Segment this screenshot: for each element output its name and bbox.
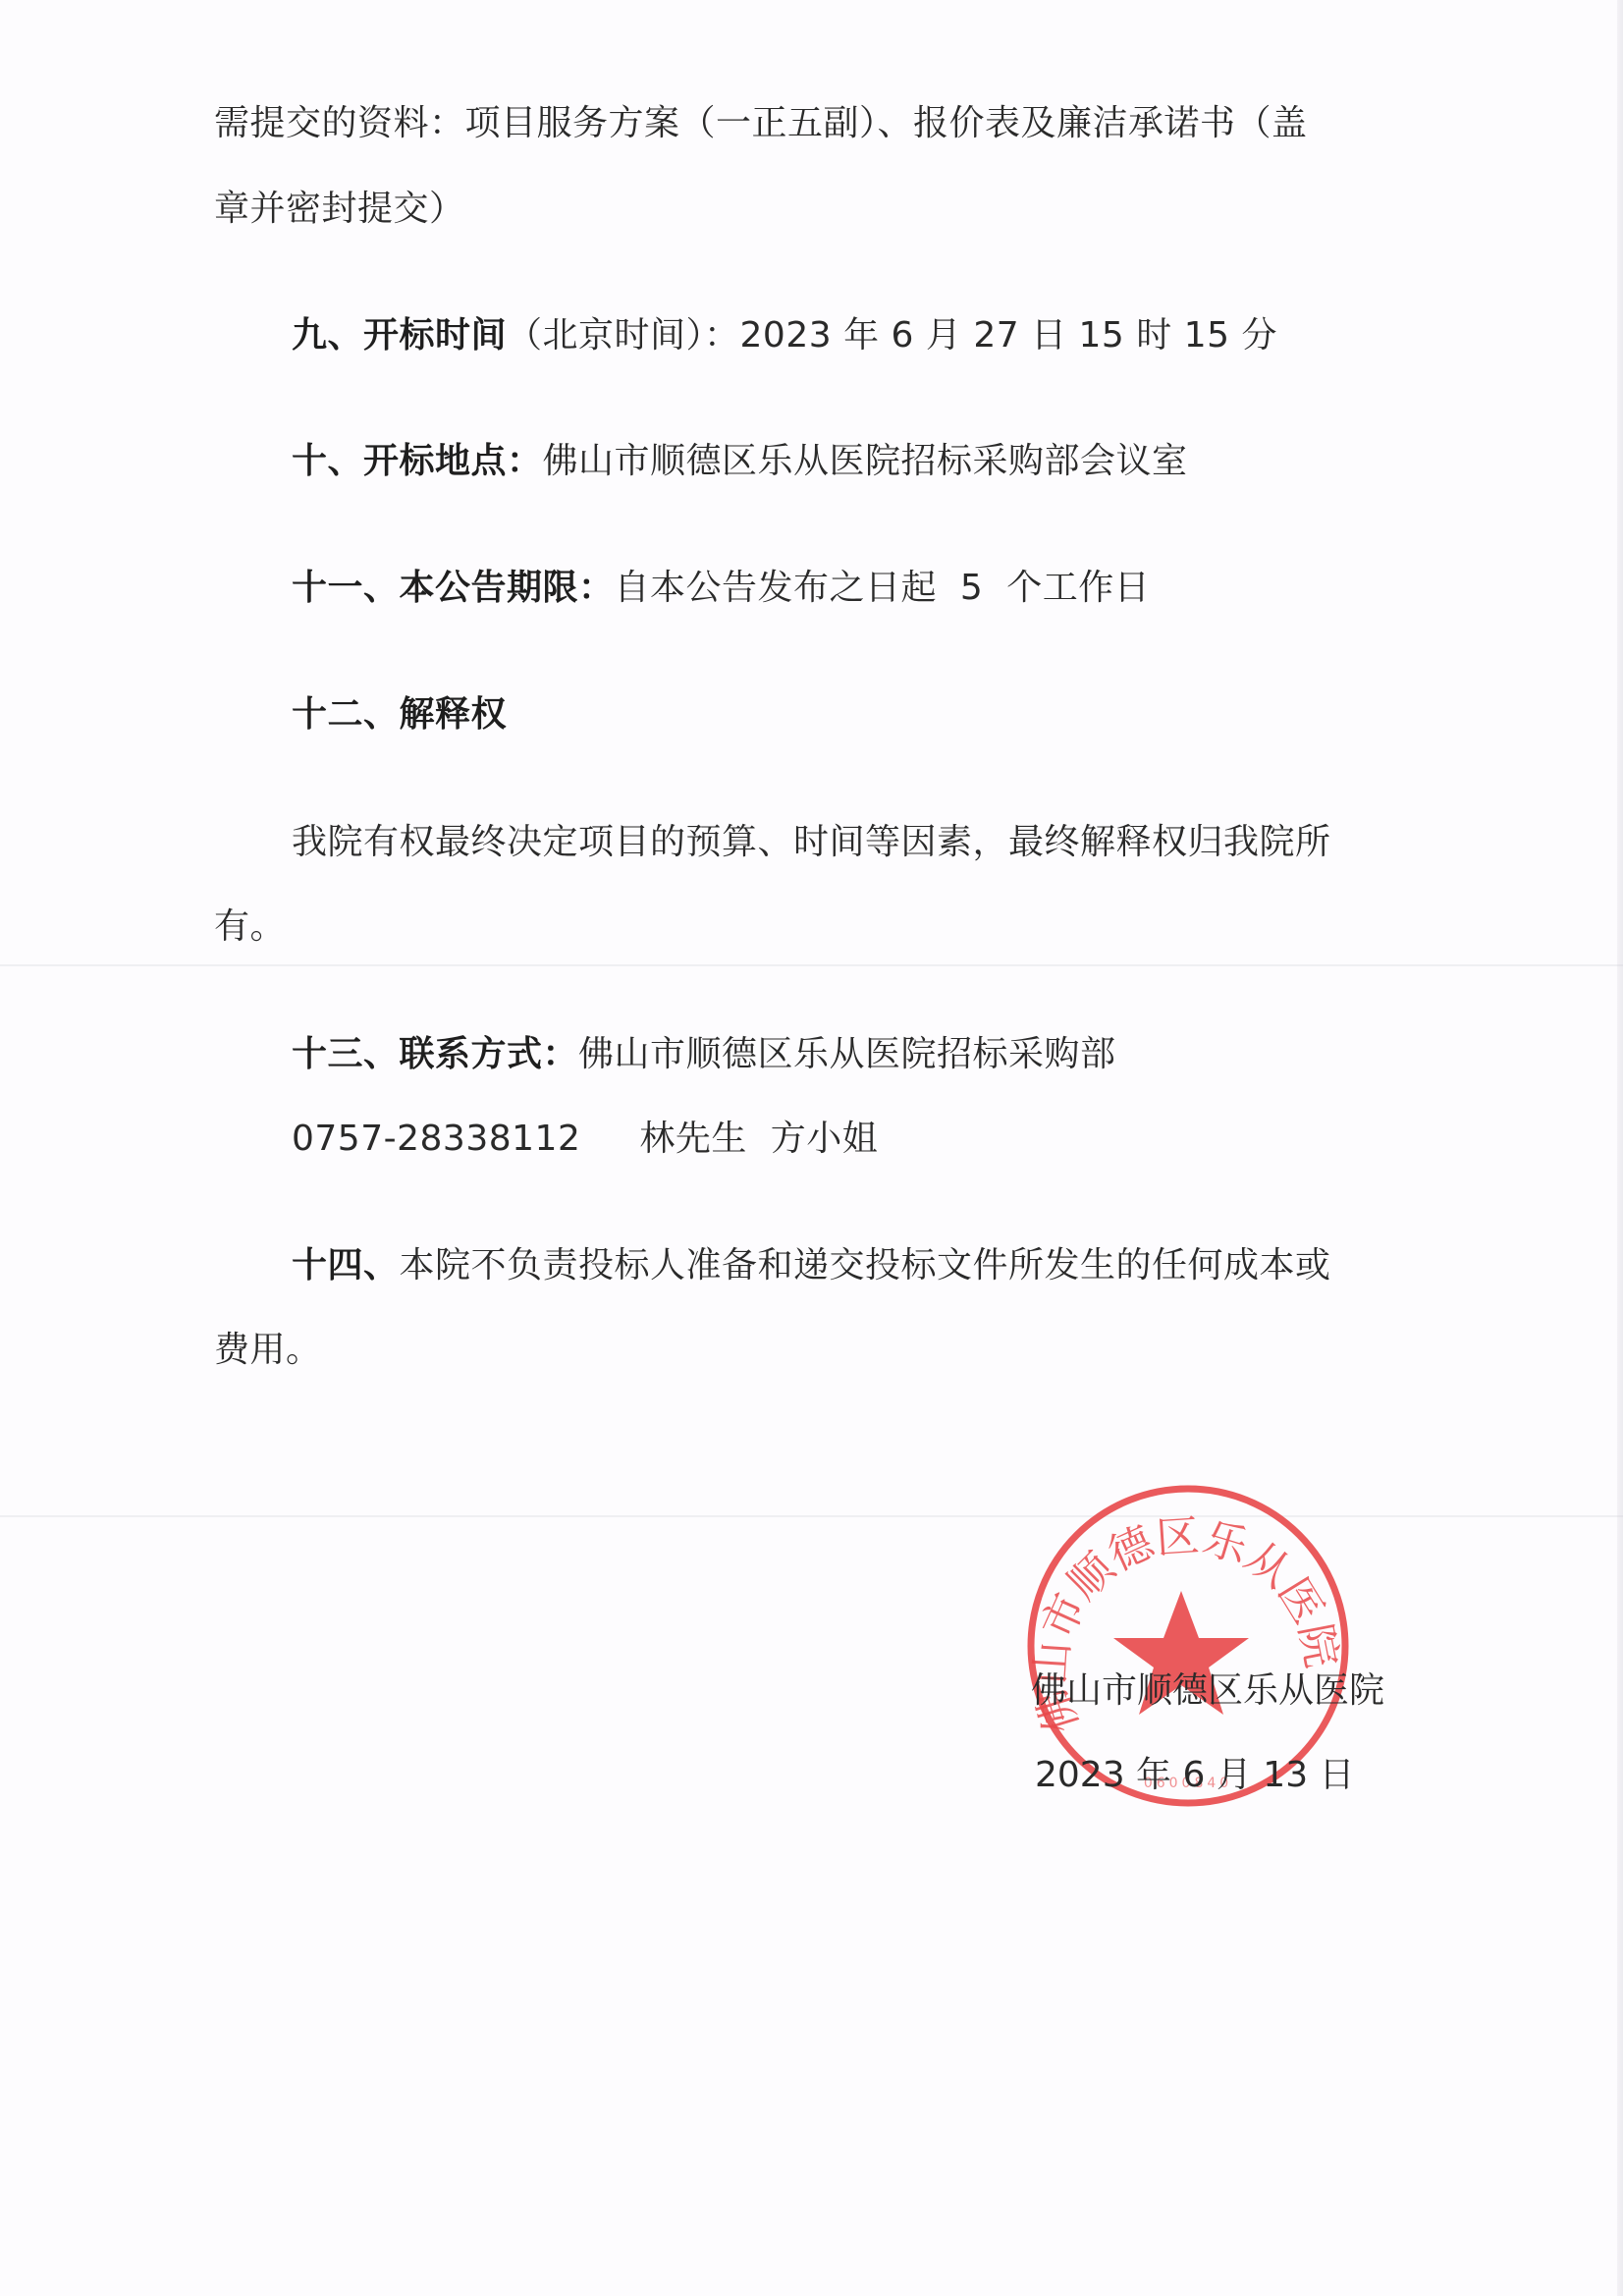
submission-line-2: 章并密封提交） [214,188,465,231]
signature-date: 2023 年 6 月 13 日 [1035,1754,1355,1797]
section-14-heading: 十四、 [292,1245,400,1285]
section-13-heading: 十三、联系方式： [292,1034,578,1074]
section-10-value: 佛山市顺德区乐从医院招标采购部会议室 [543,441,1188,481]
page-edge [1617,0,1623,2296]
section-9-value: 2023 年 6 月 27 日 15 时 15 分 [740,315,1277,355]
section-12-body-line-1: 我院有权最终决定项目的预算、时间等因素，最终解释权归我院所 [292,821,1331,864]
section-10: 十、开标地点：佛山市顺德区乐从医院招标采购部会议室 [292,440,1188,483]
section-13-contacts: 林先生 方小姐 [639,1119,878,1159]
scan-artifact-line [0,1515,1623,1517]
section-12-heading: 十二、解释权 [292,693,507,737]
section-11: 十一、本公告期限：自本公告发布之日起 5 个工作日 [292,567,1150,610]
section-11-value: 自本公告发布之日起 5 个工作日 [615,568,1151,608]
section-14: 十四、本院不负责投标人准备和递交投标文件所发生的任何成本或 [292,1244,1331,1287]
section-11-heading: 十一、本公告期限： [292,568,615,608]
submission-line-1: 需提交的资料：项目服务方案（一正五副）、报价表及廉洁承诺书（盖 [214,102,1308,145]
section-13-phone: 0757-28338112 [292,1119,580,1159]
section-14-body-line-1: 本院不负责投标人准备和递交投标文件所发生的任何成本或 [400,1245,1331,1285]
section-9: 九、开标时间（北京时间）：2023 年 6 月 27 日 15 时 15 分 [292,314,1277,357]
section-13: 十三、联系方式：佛山市顺德区乐从医院招标采购部 [292,1033,1116,1076]
scan-artifact-line [0,964,1623,966]
section-9-note: （北京时间）： [507,315,740,355]
section-9-heading: 九、开标时间 [292,315,507,355]
section-14-body-line-2: 费用。 [214,1329,322,1372]
signature-organization: 佛山市顺德区乐从医院 [1031,1669,1384,1713]
section-13-value: 佛山市顺德区乐从医院招标采购部 [578,1034,1116,1074]
section-10-heading: 十、开标地点： [292,441,543,481]
section-13-contact-line: 0757-28338112林先生 方小姐 [292,1118,878,1161]
section-12-body-line-2: 有。 [214,905,286,949]
